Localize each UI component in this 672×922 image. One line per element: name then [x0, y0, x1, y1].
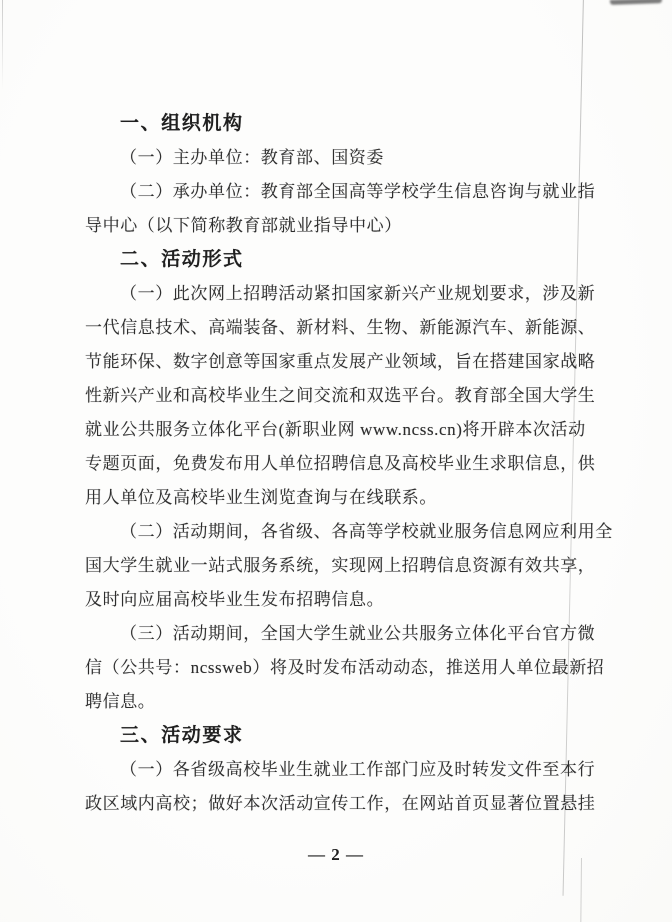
page-number: — 2 —	[0, 842, 672, 868]
section-heading-activity-format: 二、活动形式	[85, 243, 595, 277]
doc-line-format-3a: （三）活动期间，全国大学生就业公共服务立体化平台官方微	[85, 617, 595, 651]
doc-line-format-1e: 就业公共服务立体化平台(新职业网 www.ncss.cn)将开辟本次活动	[85, 413, 595, 447]
doc-line-format-1a: （一）此次网上招聘活动紧扣国家新兴产业规划要求，涉及新	[85, 277, 595, 311]
document-body: 一、组织机构 （一）主办单位：教育部、国资委 （二）承办单位：教育部全国高等学校…	[85, 107, 595, 821]
scan-left-edge-line	[2, 0, 3, 90]
doc-line-requirements-1a: （一）各省级高校毕业生就业工作部门应及时转发文件至本行	[85, 753, 595, 787]
doc-line-format-2b: 国大学生就业一站式服务系统，实现网上招聘信息资源有效共享，	[85, 549, 595, 583]
doc-line-format-1b: 一代信息技术、高端装备、新材料、生物、新能源汽车、新能源、	[85, 311, 595, 345]
scanned-document-page: 一、组织机构 （一）主办单位：教育部、国资委 （二）承办单位：教育部全国高等学校…	[0, 0, 672, 922]
doc-line-format-1c: 节能环保、数字创意等国家重点发展产业领域，旨在搭建国家战略	[85, 345, 595, 379]
section-heading-organization: 一、组织机构	[85, 107, 595, 141]
doc-line-host-unit: （一）主办单位：教育部、国资委	[85, 141, 595, 175]
doc-line-format-2c: 及时向应届高校毕业生发布招聘信息。	[85, 583, 595, 617]
doc-line-format-1f: 专题页面，免费发布用人单位招聘信息及高校毕业生求职信息，供	[85, 447, 595, 481]
doc-line-organizer-cont: 导中心（以下简称教育部就业指导中心）	[85, 209, 595, 243]
doc-line-requirements-1b: 政区域内高校；做好本次活动宣传工作，在网站首页显著位置悬挂	[85, 787, 595, 821]
doc-line-organizer-unit: （二）承办单位：教育部全国高等学校学生信息咨询与就业指	[85, 175, 595, 209]
doc-line-format-3b: 信（公共号：ncssweb）将及时发布活动动态，推送用人单位最新招	[85, 651, 595, 685]
scan-smudge-mark	[610, 0, 662, 5]
doc-line-format-3c: 聘信息。	[85, 685, 595, 719]
doc-line-format-2a: （二）活动期间，各省级、各高等学校就业服务信息网应利用全	[85, 515, 595, 549]
doc-line-format-1g: 用人单位及高校毕业生浏览查询与在线联系。	[85, 481, 595, 515]
doc-line-format-1d: 性新兴产业和高校毕业生之间交流和双选平台。教育部全国大学生	[85, 379, 595, 413]
section-heading-activity-requirements: 三、活动要求	[85, 719, 595, 753]
